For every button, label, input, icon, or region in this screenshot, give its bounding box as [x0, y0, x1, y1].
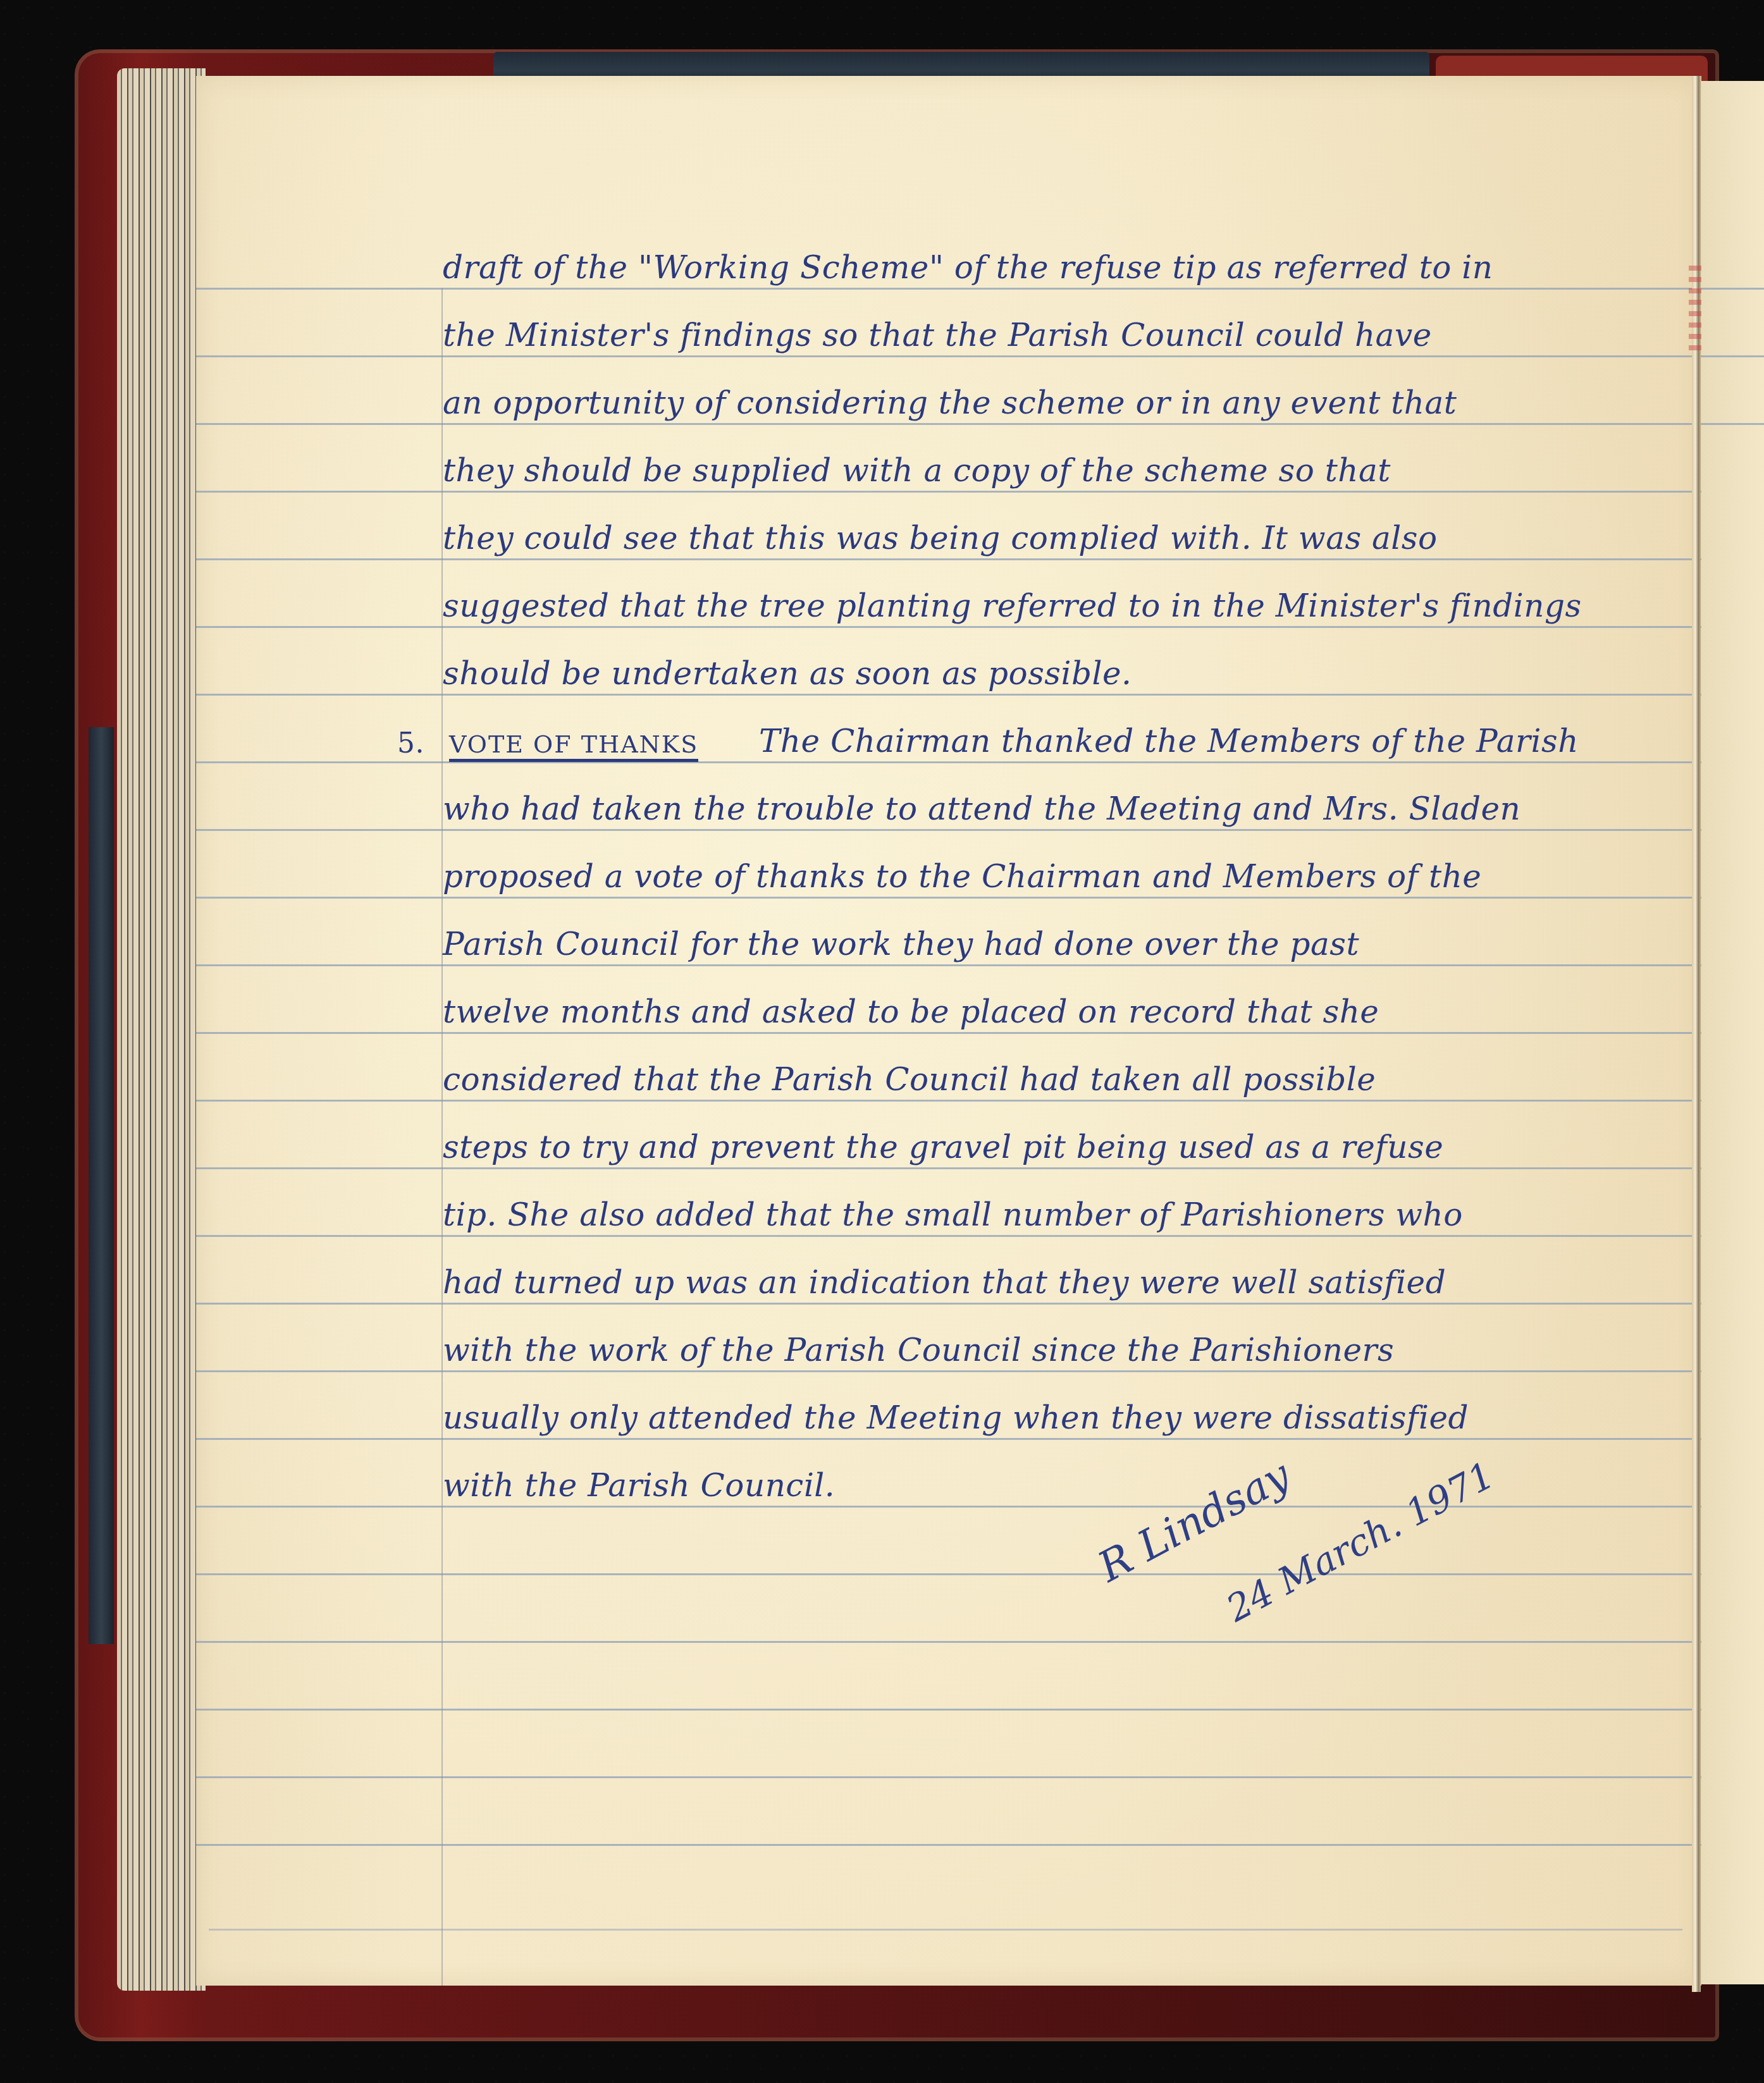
ruled-line	[196, 694, 1701, 696]
ruled-line	[196, 761, 1701, 763]
text-line: draft of the "Working Scheme" of the ref…	[443, 252, 1493, 283]
text-line: considered that the Parish Council had t…	[443, 1064, 1376, 1095]
ruled-line	[196, 1776, 1701, 1778]
text-line: should be undertaken as soon as possible…	[443, 658, 1132, 689]
ruled-line	[196, 1709, 1701, 1711]
ruled-line	[196, 1032, 1701, 1034]
page-gutter	[1692, 76, 1701, 1992]
ruled-line	[1701, 355, 1764, 357]
ruled-line	[196, 897, 1701, 899]
text-line: an opportunity of considering the scheme…	[443, 387, 1457, 419]
ruled-line	[196, 1100, 1701, 1102]
ruled-line	[1701, 423, 1764, 425]
text-line: proposed a vote of thanks to the Chairma…	[443, 861, 1481, 892]
text-line: the Minister's findings so that the Pari…	[443, 319, 1432, 351]
item-number: 5.	[397, 730, 424, 758]
text-line: who had taken the trouble to attend the …	[443, 793, 1520, 825]
book-cover-left-band	[89, 727, 114, 1644]
text-line: with the work of the Parish Council sinc…	[443, 1334, 1394, 1366]
text-line: usually only attended the Meeting when t…	[443, 1402, 1469, 1434]
text-line: twelve months and asked to be placed on …	[443, 996, 1379, 1028]
ruled-line	[196, 964, 1701, 966]
ruled-line	[196, 829, 1701, 831]
text-line: steps to try and prevent the gravel pit …	[443, 1131, 1443, 1163]
ruled-line	[196, 1303, 1701, 1305]
text-line: had turned up was an indication that the…	[443, 1267, 1446, 1298]
ruled-line	[196, 1641, 1701, 1643]
ruled-line	[196, 1844, 1701, 1846]
ruled-line	[196, 491, 1701, 493]
item-heading: VOTE OF THANKS	[449, 732, 698, 762]
text-line: they should be supplied with a copy of t…	[443, 455, 1391, 486]
ruled-line	[196, 1573, 1701, 1575]
ruled-line	[196, 1370, 1701, 1372]
ruled-line	[196, 355, 1701, 357]
text-line: The Chairman thanked the Members of the …	[759, 725, 1579, 757]
text-line: Parish Council for the work they had don…	[443, 928, 1359, 960]
ruled-line	[196, 1506, 1701, 1508]
ruled-line	[196, 1167, 1701, 1169]
page-stack-edge	[117, 68, 206, 1991]
text-line: with the Parish Council.	[443, 1470, 835, 1501]
facing-page-edge	[1701, 81, 1764, 1984]
ruled-line	[196, 288, 1701, 290]
ruled-line	[196, 626, 1701, 628]
ruled-line	[196, 558, 1701, 560]
text-line: suggested that the tree planting referre…	[443, 590, 1582, 622]
ruled-line	[196, 1438, 1701, 1440]
text-line: they could see that this was being compl…	[443, 522, 1438, 554]
ruled-line	[196, 1235, 1701, 1237]
page-bottom-edge-line	[209, 1929, 1682, 1931]
text-line: tip. She also added that the small numbe…	[443, 1199, 1463, 1231]
ruled-line	[1701, 288, 1764, 290]
ruled-line	[196, 423, 1701, 425]
notebook-page	[196, 76, 1701, 1986]
